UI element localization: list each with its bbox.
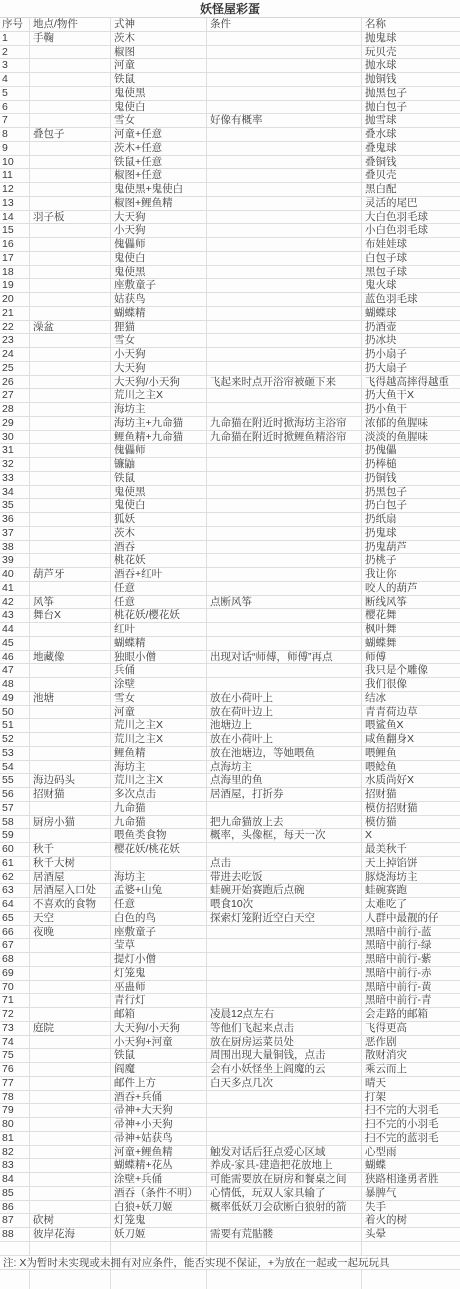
cell-no[interactable]: 63 [0, 884, 30, 897]
cell-shikigami[interactable]: 座敷童子 [111, 926, 207, 939]
cell-location[interactable] [30, 1187, 111, 1200]
cell-shikigami[interactable]: 孟婆+山兔 [111, 884, 207, 897]
cell-shikigami[interactable]: 独眼小僧 [111, 651, 207, 664]
cell-no[interactable]: 39 [0, 554, 30, 567]
cell-condition[interactable] [207, 59, 362, 72]
cell-name[interactable]: 扔小扇子 [362, 348, 460, 361]
cell-condition[interactable]: 带进去吃饭 [207, 871, 362, 884]
cell-shikigami[interactable]: 镰鼬 [111, 458, 207, 471]
cell-shikigami[interactable]: 大天狗/小天狗 [111, 376, 207, 389]
cell-name[interactable]: 心型雨 [362, 1146, 460, 1159]
cell-condition[interactable] [207, 1091, 362, 1104]
cell-name[interactable]: 白包子球 [362, 252, 460, 265]
cell-shikigami[interactable]: 小天狗+河童 [111, 1036, 207, 1049]
cell-condition[interactable]: 点击 [207, 857, 362, 870]
cell-name[interactable]: 枫叶舞 [362, 623, 460, 636]
cell-no[interactable]: 53 [0, 747, 30, 760]
cell-condition[interactable] [207, 169, 362, 182]
cell-shikigami[interactable]: 大天狗/小天狗 [111, 1022, 207, 1035]
cell-location[interactable] [30, 637, 111, 650]
cell-location[interactable]: 羽子板 [30, 211, 111, 224]
cell-no[interactable]: 59 [0, 829, 30, 842]
cell-location[interactable] [30, 664, 111, 677]
cell-name[interactable]: 乘云而上 [362, 1063, 460, 1076]
cell-name[interactable]: 扔小鱼干 [362, 403, 460, 416]
cell-name[interactable]: 叠鬼球 [362, 142, 460, 155]
cell-location[interactable]: 海边码头 [30, 774, 111, 787]
cell-location[interactable] [30, 389, 111, 402]
cell-shikigami[interactable]: 铁鼠 [111, 472, 207, 485]
cell-no[interactable]: 68 [0, 953, 30, 966]
cell-no[interactable]: 71 [0, 994, 30, 1007]
cell-name[interactable]: 人群中最靓的仔 [362, 912, 460, 925]
cell-name[interactable]: 叠水球 [362, 128, 460, 141]
cell-shikigami[interactable]: 海坊主 [111, 871, 207, 884]
cell-condition[interactable]: 好像有概率 [207, 114, 362, 127]
cell-no[interactable]: 76 [0, 1063, 30, 1076]
cell-shikigami[interactable]: 白狼+妖刀姬 [111, 1201, 207, 1214]
cell-name[interactable]: 抛雪球 [362, 114, 460, 127]
cell-condition[interactable] [207, 266, 362, 279]
cell-shikigami[interactable]: 傀儡师 [111, 238, 207, 251]
cell-no[interactable]: 61 [0, 857, 30, 870]
cell-condition[interactable]: 飞起来时点开浴帘被砸下来 [207, 376, 362, 389]
cell-name[interactable]: 黑暗中前行-青 [362, 994, 460, 1007]
cell-condition[interactable] [207, 513, 362, 526]
cell-no[interactable]: 3 [0, 59, 30, 72]
cell-name[interactable]: 淡淡的鱼腥味 [362, 431, 460, 444]
cell-location[interactable] [30, 376, 111, 389]
cell-location[interactable] [30, 224, 111, 237]
cell-condition[interactable] [207, 843, 362, 856]
cell-condition[interactable] [207, 197, 362, 210]
cell-name[interactable]: 抛铜钱 [362, 73, 460, 86]
cell-name[interactable]: 喂鲤鱼 [362, 747, 460, 760]
cell-condition[interactable]: 出现对话“师傅，师傅”再点 [207, 651, 362, 664]
cell-no[interactable]: 19 [0, 279, 30, 292]
cell-shikigami[interactable]: 座敷童子 [111, 279, 207, 292]
cell-location[interactable] [30, 953, 111, 966]
cell-name[interactable]: 蛙碗赛跑 [362, 884, 460, 897]
cell-condition[interactable] [207, 224, 362, 237]
cell-condition[interactable]: 触发对话后狂点爱心区域 [207, 1146, 362, 1159]
cell-shikigami[interactable]: 河童 [111, 59, 207, 72]
cell-no[interactable]: 30 [0, 431, 30, 444]
cell-no[interactable]: 75 [0, 1049, 30, 1062]
cell-name[interactable]: 恶作剧 [362, 1036, 460, 1049]
cell-no[interactable]: 4 [0, 73, 30, 86]
cell-no[interactable]: 55 [0, 774, 30, 787]
cell-no[interactable]: 37 [0, 527, 30, 540]
cell-location[interactable]: 招财猫 [30, 788, 111, 801]
cell-location[interactable]: 居酒屋 [30, 871, 111, 884]
cell-name[interactable]: 失手 [362, 1201, 460, 1214]
cell-condition[interactable]: 放在小荷叶上 [207, 692, 362, 705]
cell-condition[interactable] [207, 183, 362, 196]
cell-name[interactable]: 玩贝壳 [362, 46, 460, 59]
cell-condition[interactable] [207, 389, 362, 402]
cell-location[interactable] [30, 183, 111, 196]
cell-condition[interactable] [207, 1132, 362, 1145]
cell-no[interactable]: 77 [0, 1077, 30, 1090]
cell-location[interactable] [30, 1146, 111, 1159]
cell-no[interactable]: 36 [0, 513, 30, 526]
cell-name[interactable]: 扔大鱼干X [362, 389, 460, 402]
cell-location[interactable]: 池塘 [30, 692, 111, 705]
cell-condition[interactable] [207, 238, 362, 251]
cell-shikigami[interactable]: 傀儡师 [111, 444, 207, 457]
cell-name[interactable]: 咬人的葫芦 [362, 582, 460, 595]
header-name[interactable]: 名称 [362, 18, 460, 31]
cell-location[interactable]: 庭院 [30, 1022, 111, 1035]
cell-name[interactable]: 断线风筝 [362, 596, 460, 609]
cell-name[interactable]: 师傅 [362, 651, 460, 664]
cell-condition[interactable] [207, 527, 362, 540]
cell-location[interactable]: 葫芦牙 [30, 568, 111, 581]
cell-condition[interactable]: 放在小荷叶上 [207, 733, 362, 746]
cell-shikigami[interactable]: 蝴蝶精+花丛 [111, 1159, 207, 1172]
cell-location[interactable]: 地藏像 [30, 651, 111, 664]
cell-shikigami[interactable]: 白色的鸟 [111, 912, 207, 925]
cell-condition[interactable] [207, 582, 362, 595]
cell-no[interactable]: 22 [0, 321, 30, 334]
cell-condition[interactable] [207, 403, 362, 416]
cell-shikigami[interactable]: 茨木+任意 [111, 142, 207, 155]
cell-location[interactable] [30, 1077, 111, 1090]
cell-location[interactable] [30, 169, 111, 182]
cell-name[interactable]: 大白色羽毛球 [362, 211, 460, 224]
cell-name[interactable]: 黑暗中前行-紫 [362, 953, 460, 966]
cell-name[interactable]: 灵活的尾巴 [362, 197, 460, 210]
cell-no[interactable]: 13 [0, 197, 30, 210]
cell-condition[interactable] [207, 554, 362, 567]
cell-name[interactable]: 狭路相逢勇者胜 [362, 1173, 460, 1186]
cell-shikigami[interactable]: 提灯小僧 [111, 953, 207, 966]
cell-location[interactable] [30, 1201, 111, 1214]
cell-location[interactable] [30, 197, 111, 210]
cell-no[interactable]: 9 [0, 142, 30, 155]
cell-no[interactable]: 58 [0, 816, 30, 829]
cell-condition[interactable]: 概率低妖刀会砍断白狼射的箭 [207, 1201, 362, 1214]
cell-location[interactable] [30, 1036, 111, 1049]
cell-shikigami[interactable]: 妖刀姬 [111, 1228, 207, 1241]
cell-location[interactable]: 叠包子 [30, 128, 111, 141]
cell-name[interactable]: 扔棒槌 [362, 458, 460, 471]
cell-location[interactable] [30, 1118, 111, 1131]
cell-condition[interactable] [207, 664, 362, 677]
cell-location[interactable]: 厨房小猫 [30, 816, 111, 829]
cell-no[interactable]: 78 [0, 1091, 30, 1104]
cell-location[interactable] [30, 513, 111, 526]
cell-shikigami[interactable]: 鬼使黑 [111, 266, 207, 279]
cell-location[interactable]: 手鞠 [30, 32, 111, 45]
cell-location[interactable]: 风筝 [30, 596, 111, 609]
cell-no[interactable]: 17 [0, 252, 30, 265]
cell-location[interactable] [30, 939, 111, 952]
cell-name[interactable]: 抛黑包子 [362, 87, 460, 100]
cell-shikigami[interactable]: 酒吞 [111, 541, 207, 554]
cell-name[interactable]: 我让你 [362, 568, 460, 581]
cell-shikigami[interactable]: 蝴蝶精 [111, 637, 207, 650]
cell-shikigami[interactable]: 铁鼠+任意 [111, 156, 207, 169]
cell-location[interactable] [30, 238, 111, 251]
cell-no[interactable]: 72 [0, 1008, 30, 1021]
cell-name[interactable]: 散财消灾 [362, 1049, 460, 1062]
cell-shikigami[interactable]: 兵俑 [111, 664, 207, 677]
cell-shikigami[interactable]: 河童+任意 [111, 128, 207, 141]
cell-location[interactable]: 居酒屋入口处 [30, 884, 111, 897]
cell-condition[interactable] [207, 73, 362, 86]
cell-no[interactable]: 57 [0, 802, 30, 815]
cell-shikigami[interactable]: 鬼使黑 [111, 87, 207, 100]
cell-condition[interactable] [207, 499, 362, 512]
cell-location[interactable]: 彼岸花海 [30, 1228, 111, 1241]
cell-location[interactable] [30, 156, 111, 169]
cell-no[interactable]: 5 [0, 87, 30, 100]
cell-name[interactable]: 扔鬼葫芦 [362, 541, 460, 554]
cell-condition[interactable] [207, 101, 362, 114]
cell-location[interactable] [30, 46, 111, 59]
cell-no[interactable]: 35 [0, 499, 30, 512]
cell-shikigami[interactable]: 雪女 [111, 692, 207, 705]
cell-shikigami[interactable]: 蝴蝶精 [111, 307, 207, 320]
cell-name[interactable]: 黑暗中前行-赤 [362, 967, 460, 980]
cell-location[interactable] [30, 114, 111, 127]
cell-location[interactable] [30, 967, 111, 980]
cell-name[interactable]: 豚烧海坊主 [362, 871, 460, 884]
cell-location[interactable] [30, 444, 111, 457]
cell-name[interactable]: 抛水球 [362, 59, 460, 72]
cell-no[interactable]: 32 [0, 458, 30, 471]
cell-shikigami[interactable]: 雪女 [111, 334, 207, 347]
cell-shikigami[interactable]: 鲤鱼精+九命猫 [111, 431, 207, 444]
cell-name[interactable]: 喂鲨鱼X [362, 719, 460, 732]
cell-name[interactable]: 我只是个雕像 [362, 664, 460, 677]
cell-no[interactable]: 6 [0, 101, 30, 114]
cell-no[interactable]: 1 [0, 32, 30, 45]
cell-shikigami[interactable]: 海坊主 [111, 761, 207, 774]
cell-condition[interactable]: 居酒屋，打折券 [207, 788, 362, 801]
cell-location[interactable] [30, 1132, 111, 1145]
cell-shikigami[interactable]: 邮箱 [111, 1008, 207, 1021]
cell-no[interactable]: 60 [0, 843, 30, 856]
cell-no[interactable]: 14 [0, 211, 30, 224]
cell-location[interactable] [30, 266, 111, 279]
cell-shikigami[interactable]: 海坊主 [111, 403, 207, 416]
cell-condition[interactable]: 等他们飞起来点击 [207, 1022, 362, 1035]
cell-condition[interactable] [207, 348, 362, 361]
cell-location[interactable] [30, 59, 111, 72]
cell-no[interactable]: 85 [0, 1187, 30, 1200]
cell-name[interactable]: 最美秋千 [362, 843, 460, 856]
cell-condition[interactable]: 心情低，玩双人家具输了 [207, 1187, 362, 1200]
cell-name[interactable]: 黑暗中前行-绿 [362, 939, 460, 952]
cell-shikigami[interactable]: 鬼使白 [111, 252, 207, 265]
cell-name[interactable]: 头晕 [362, 1228, 460, 1241]
cell-name[interactable]: 太难吃了 [362, 898, 460, 911]
cell-shikigami[interactable]: 雪女 [111, 114, 207, 127]
cell-location[interactable] [30, 458, 111, 471]
cell-no[interactable]: 20 [0, 293, 30, 306]
cell-no[interactable]: 16 [0, 238, 30, 251]
cell-no[interactable]: 47 [0, 664, 30, 677]
cell-shikigami[interactable]: 九命猫 [111, 816, 207, 829]
cell-shikigami[interactable]: 灯笼鬼 [111, 967, 207, 980]
cell-shikigami[interactable]: 帚神+姑获鸟 [111, 1132, 207, 1145]
cell-name[interactable]: 扔鬼球 [362, 527, 460, 540]
cell-no[interactable]: 44 [0, 623, 30, 636]
cell-no[interactable]: 81 [0, 1132, 30, 1145]
cell-condition[interactable] [207, 156, 362, 169]
cell-name[interactable]: 飞得越高摔得越重 [362, 376, 460, 389]
cell-name[interactable]: 会走路的邮箱 [362, 1008, 460, 1021]
cell-location[interactable] [30, 1049, 111, 1062]
cell-name[interactable]: 飞得更高 [362, 1022, 460, 1035]
cell-condition[interactable]: 把九命猫放上去 [207, 816, 362, 829]
cell-condition[interactable]: 九命猫在附近时掀海坊主浴帘 [207, 417, 362, 430]
cell-location[interactable] [30, 1104, 111, 1117]
cell-no[interactable]: 11 [0, 169, 30, 182]
cell-location[interactable] [30, 417, 111, 430]
cell-shikigami[interactable]: 任意 [111, 898, 207, 911]
cell-shikigami[interactable]: 酒吞（条件不明） [111, 1187, 207, 1200]
cell-no[interactable]: 45 [0, 637, 30, 650]
cell-location[interactable]: 不喜欢的食物 [30, 898, 111, 911]
cell-name[interactable]: 黑暗中前行-蓝 [362, 926, 460, 939]
cell-no[interactable]: 41 [0, 582, 30, 595]
cell-shikigami[interactable]: 邮件上方 [111, 1077, 207, 1090]
cell-name[interactable]: 扫不完的小羽毛 [362, 1118, 460, 1131]
cell-shikigami[interactable]: 帚神+大天狗 [111, 1104, 207, 1117]
cell-location[interactable]: 砍树 [30, 1214, 111, 1227]
cell-location[interactable] [30, 747, 111, 760]
cell-condition[interactable] [207, 444, 362, 457]
header-location[interactable]: 地点/物件 [30, 18, 111, 31]
cell-condition[interactable] [207, 279, 362, 292]
cell-shikigami[interactable]: 荒川之主X [111, 719, 207, 732]
cell-name[interactable]: 水质尚好X [362, 774, 460, 787]
cell-condition[interactable]: 探索灯笼附近空白天空 [207, 912, 362, 925]
cell-name[interactable]: 扔大扇子 [362, 362, 460, 375]
cell-condition[interactable]: 放在荷叶边上 [207, 706, 362, 719]
cell-name[interactable]: 扔黑包子 [362, 486, 460, 499]
cell-location[interactable] [30, 706, 111, 719]
cell-shikigami[interactable]: 小天狗 [111, 348, 207, 361]
cell-shikigami[interactable]: 樱花妖/桃花妖 [111, 843, 207, 856]
cell-no[interactable]: 52 [0, 733, 30, 746]
cell-location[interactable] [30, 307, 111, 320]
cell-no[interactable]: 87 [0, 1214, 30, 1227]
cell-name[interactable]: 叠铜钱 [362, 156, 460, 169]
cell-shikigami[interactable]: 巫蛊师 [111, 981, 207, 994]
header-no[interactable]: 序号 [0, 18, 30, 31]
cell-condition[interactable] [207, 307, 362, 320]
cell-no[interactable]: 56 [0, 788, 30, 801]
cell-no[interactable]: 62 [0, 871, 30, 884]
cell-shikigami[interactable]: 铁鼠 [111, 73, 207, 86]
cell-shikigami[interactable]: 鬼使黑 [111, 486, 207, 499]
cell-shikigami[interactable]: 九命猫 [111, 802, 207, 815]
cell-location[interactable] [30, 582, 111, 595]
cell-name[interactable]: 扔冰块 [362, 334, 460, 347]
cell-name[interactable]: 樱花舞 [362, 609, 460, 622]
cell-location[interactable]: 秋千大树 [30, 857, 111, 870]
cell-no[interactable]: 40 [0, 568, 30, 581]
cell-no[interactable]: 25 [0, 362, 30, 375]
cell-no[interactable]: 66 [0, 926, 30, 939]
cell-location[interactable]: 秋千 [30, 843, 111, 856]
cell-name[interactable]: 结冰 [362, 692, 460, 705]
cell-no[interactable]: 7 [0, 114, 30, 127]
cell-condition[interactable] [207, 211, 362, 224]
cell-no[interactable]: 27 [0, 389, 30, 402]
cell-shikigami[interactable]: 青行灯 [111, 994, 207, 1007]
cell-shikigami[interactable]: 荒川之主X [111, 389, 207, 402]
cell-location[interactable] [30, 1159, 111, 1172]
cell-condition[interactable]: 养成-家具-建造把花放地上 [207, 1159, 362, 1172]
cell-location[interactable] [30, 101, 111, 114]
cell-condition[interactable] [207, 362, 362, 375]
cell-no[interactable]: 88 [0, 1228, 30, 1241]
cell-name[interactable]: 我们很像 [362, 678, 460, 691]
cell-no[interactable]: 15 [0, 224, 30, 237]
cell-name[interactable]: 模仿猫 [362, 816, 460, 829]
cell-condition[interactable]: 会有小妖怪坐上阎魔的云 [207, 1063, 362, 1076]
cell-name[interactable]: 扔白包子 [362, 499, 460, 512]
cell-no[interactable]: 73 [0, 1022, 30, 1035]
cell-no[interactable]: 24 [0, 348, 30, 361]
cell-location[interactable]: 夜晚 [30, 926, 111, 939]
cell-location[interactable] [30, 1091, 111, 1104]
cell-condition[interactable] [207, 472, 362, 485]
cell-shikigami[interactable]: 莹草 [111, 939, 207, 952]
cell-condition[interactable]: 蛙碗开始赛跑后点碗 [207, 884, 362, 897]
cell-condition[interactable]: 点海里的鱼 [207, 774, 362, 787]
cell-location[interactable] [30, 719, 111, 732]
cell-name[interactable]: 青青荷边草 [362, 706, 460, 719]
cell-condition[interactable] [207, 981, 362, 994]
cell-name[interactable]: 叠贝壳 [362, 169, 460, 182]
cell-no[interactable]: 67 [0, 939, 30, 952]
cell-name[interactable]: 黑包子球 [362, 266, 460, 279]
cell-name[interactable]: 蓝色羽毛球 [362, 293, 460, 306]
cell-no[interactable]: 33 [0, 472, 30, 485]
cell-condition[interactable]: 周围出现大量铜钱，点击 [207, 1049, 362, 1062]
cell-location[interactable] [30, 348, 111, 361]
cell-shikigami[interactable]: 多次点击 [111, 788, 207, 801]
cell-condition[interactable] [207, 678, 362, 691]
cell-condition[interactable]: 白天多点几次 [207, 1077, 362, 1090]
cell-location[interactable]: 澡盆 [30, 321, 111, 334]
cell-shikigami[interactable]: 阎魔 [111, 1063, 207, 1076]
cell-no[interactable]: 12 [0, 183, 30, 196]
cell-condition[interactable]: 需要有荒骷髅 [207, 1228, 362, 1241]
cell-condition[interactable] [207, 293, 362, 306]
cell-shikigami[interactable]: 铁鼠 [111, 1049, 207, 1062]
cell-location[interactable] [30, 623, 111, 636]
cell-condition[interactable]: 可能需要放在厨房和餐桌之间 [207, 1173, 362, 1186]
cell-name[interactable]: 抛鬼球 [362, 32, 460, 45]
cell-condition[interactable] [207, 32, 362, 45]
cell-location[interactable] [30, 499, 111, 512]
cell-name[interactable]: 天上掉馅饼 [362, 857, 460, 870]
cell-condition[interactable] [207, 1104, 362, 1117]
cell-no[interactable]: 70 [0, 981, 30, 994]
cell-no[interactable]: 42 [0, 596, 30, 609]
cell-condition[interactable] [207, 967, 362, 980]
cell-condition[interactable] [207, 458, 362, 471]
cell-shikigami[interactable]: 涂壁+兵俑 [111, 1173, 207, 1186]
